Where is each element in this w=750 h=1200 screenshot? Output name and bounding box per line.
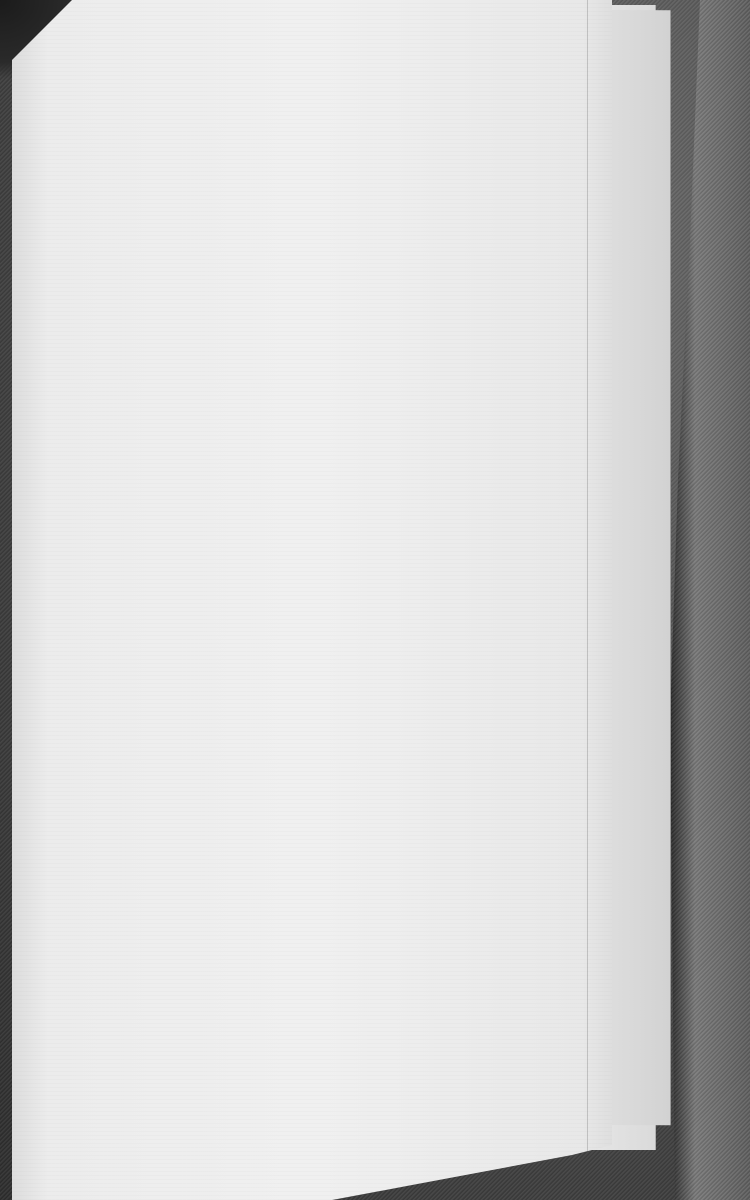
- manuscript-text: [0, 0, 750, 1200]
